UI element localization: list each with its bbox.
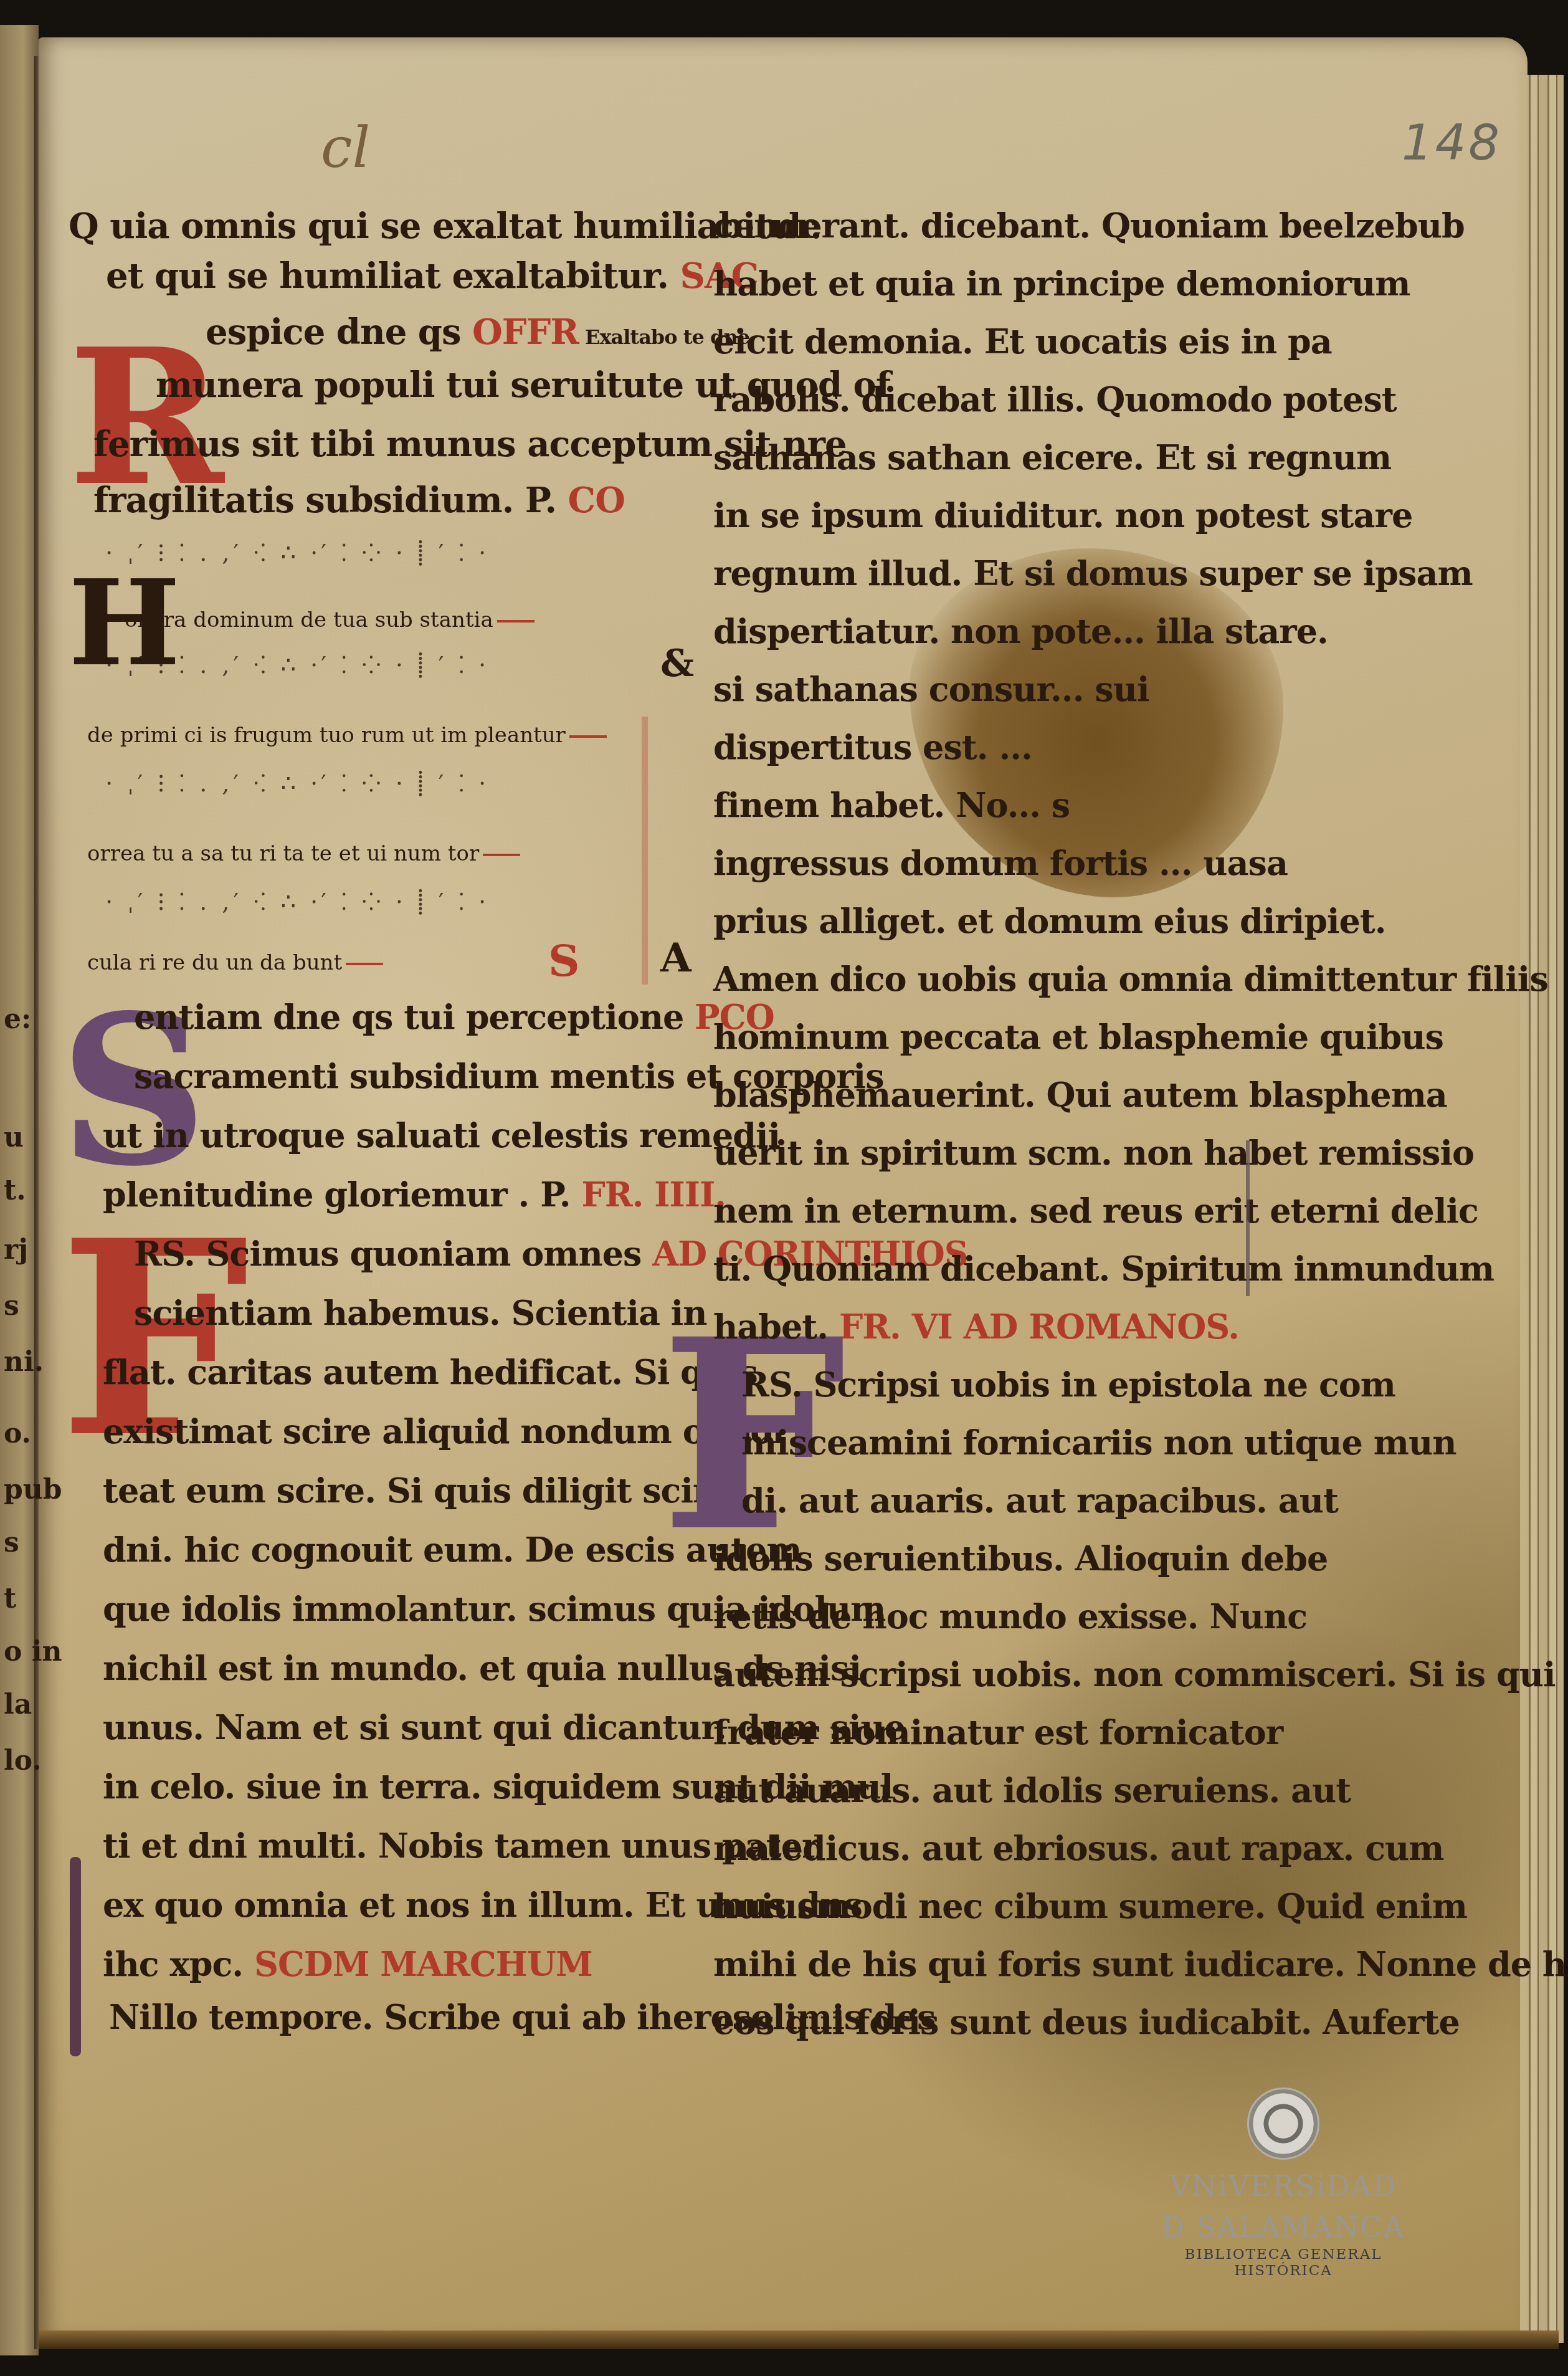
marginal-rule — [1246, 1140, 1250, 1296]
text-line: blasphemauerint. Qui autem blasphema — [713, 1075, 1447, 1115]
chant-syllables: cula ri re du un da bunt — [87, 950, 342, 975]
chant-text-line: de primi ci is frugum tuo rum ut im plea… — [87, 723, 611, 748]
text-line: aut auarus. aut idolis seruiens. aut — [713, 1770, 1351, 1810]
facing-page-fragment: o. — [4, 1418, 31, 1449]
text-line: rabolis. dicebat illis. Quomodo potest — [713, 379, 1397, 419]
text-line: di. aut auaris. aut rapacibus. aut — [741, 1481, 1338, 1520]
text-line: entiam dne qs tui perceptione PCO — [134, 997, 774, 1037]
line-text: et qui se humiliat exaltabitur. — [106, 255, 668, 297]
line-text: prius alliget. et domum eius diripiet. — [713, 901, 1386, 941]
text-line: mihi de his qui foris sunt iudicare. Non… — [713, 1944, 1568, 1984]
text-line: habet. FR. VI AD ROMANOS. — [713, 1307, 1239, 1347]
chant-text-line: cula ri re du un da bunt — [87, 950, 387, 975]
chant-end-rubric: S — [548, 935, 579, 986]
facing-page-fragment: t. — [4, 1175, 26, 1206]
line-text: aut auarus. aut idolis seruiens. aut — [713, 1770, 1351, 1810]
line-text: Q uia omnis qui se exaltat humiliabitur. — [69, 206, 822, 247]
text-line: frater nominatur est fornicator — [713, 1712, 1283, 1752]
line-text: cenderant. dicebant. Quoniam beelzebub — [713, 206, 1465, 246]
neume-row: ⸱ ˌ′ ⁝ ⁚ . ,′ ⁖ ∴ ⸱′ ⁚ ⁘ ⸱ ⸽ ′ ⁚ ⸱ — [106, 536, 489, 568]
line-text: RS. Scripsi uobis in epistola ne com — [741, 1365, 1395, 1405]
line-text: idolis seruientibus. Alioquin debe — [713, 1539, 1328, 1578]
text-line: autem scripsi uobis. non commisceri. Si … — [713, 1654, 1556, 1694]
line-text: scientiam habemus. Scientia in — [134, 1293, 707, 1333]
text-line: uerit in spiritum scm. non habet remissi… — [713, 1133, 1474, 1173]
line-text: huiusmodi nec cibum sumere. Quid enim — [713, 1886, 1467, 1926]
text-line: eicit demonia. Et uocatis eis in pa — [713, 322, 1332, 361]
line-text: hominum peccata et blasphemie quibus — [713, 1017, 1443, 1057]
neume-row: ⸱ ˌ′ ⁝ ⁚ . ,′ ⁖ ∴ ⸱′ ⁚ ⁘ ⸱ ⸽ ′ ⁚ ⸱ — [106, 766, 489, 799]
facing-page-fragment: e: — [4, 1003, 31, 1035]
page-edges-stack — [1520, 75, 1564, 2343]
chant-text-line: orrea tu a sa tu ri ta te et ui num tor — [87, 841, 524, 866]
initial-stroke-purple — [70, 1857, 81, 2056]
text-line: prius alliget. et domum eius diripiet. — [713, 901, 1386, 941]
line-text: habet. — [713, 1307, 828, 1347]
chant-syllables: de primi ci is frugum tuo rum ut im plea… — [87, 723, 566, 748]
melisma-line — [346, 963, 383, 965]
line-text: dispertiatur. non pote... illa stare. — [713, 611, 1328, 651]
line-text: misceamini fornicariis non utique mun — [741, 1423, 1456, 1462]
library-name: BIBLIOTECA GENERAL HISTÓRICA — [1146, 2246, 1420, 2279]
neume-row: ⸱ ˌ′ ⁝ ⁚ . ,′ ⁖ ∴ ⸱′ ⁚ ⁘ ⸱ ⸽ ′ ⁚ ⸱ — [106, 885, 489, 917]
melisma-line — [569, 735, 607, 738]
text-line: espice dne qs OFFR Exaltabo te dne — [206, 312, 749, 353]
rubric: OFFR — [461, 312, 579, 353]
line-text: RS. Scimus quoniam omnes — [134, 1234, 641, 1274]
text-line: teat eum scire. Si quis diligit scire — [103, 1471, 731, 1510]
text-line: idolis seruientibus. Alioquin debe — [713, 1539, 1328, 1578]
university-name-line1: VNiVERSiDAD — [1146, 2171, 1420, 2201]
rubric: FR. IIII. — [571, 1175, 726, 1214]
line-text: fragilitatis subsidium. P. — [93, 480, 556, 521]
facing-page-fragment: t — [4, 1583, 16, 1615]
line-text: flat. caritas autem hedificat. Si quis — [103, 1352, 758, 1392]
line-text: sathanas sathan eicere. Et si regnum — [713, 437, 1391, 477]
facing-page-fragment: o in — [4, 1636, 62, 1667]
neume-row: ⸱ ˌ′ ⁝ ⁚ . ,′ ⁖ ∴ ⸱′ ⁚ ⁘ ⸱ ⸽ ′ ⁚ ⸱ — [106, 648, 489, 680]
line-text: finem habet. No... s — [713, 785, 1070, 825]
folio-number: 148 — [1402, 115, 1502, 171]
text-line: et qui se humiliat exaltabitur. SAC — [106, 255, 758, 297]
red-ruling — [642, 717, 648, 985]
line-text: si sathanas consur... sui — [713, 669, 1149, 709]
line-text: nem in eternum. sed reus erit eterni del… — [713, 1191, 1478, 1231]
text-line: sathanas sathan eicere. Et si regnum — [713, 437, 1391, 477]
line-text: eos qui foris sunt deus iudicabit. Aufer… — [713, 2002, 1460, 2042]
rubric: CO — [556, 480, 625, 521]
text-line: Amen dico uobis quia omnia dimittentur f… — [713, 959, 1548, 999]
line-text: ti. Quoniam dicebant. Spiritum inmundum — [713, 1249, 1494, 1289]
text-line: ti et dni multi. Nobis tamen unus pater — [103, 1826, 819, 1866]
line-text: espice dne qs — [206, 312, 461, 353]
text-line: dispertiatur. non pote... illa stare. — [713, 611, 1328, 651]
text-line: Q uia omnis qui se exaltat humiliabitur. — [69, 206, 822, 247]
chant-text-line: onora dominum de tua sub stantia — [125, 608, 538, 632]
text-line: nem in eternum. sed reus erit eterni del… — [713, 1191, 1478, 1231]
text-line: ingressus domum fortis ... uasa — [713, 843, 1288, 883]
chant-syllables: orrea tu a sa tu ri ta te et ui num tor — [87, 841, 479, 866]
university-name-line2: Ð SALAMANCA — [1146, 2212, 1420, 2242]
line-text: frater nominatur est fornicator — [713, 1712, 1283, 1752]
text-line: scientiam habemus. Scientia in — [134, 1293, 707, 1333]
text-line: in se ipsum diuiditur. non potest stare — [713, 495, 1412, 535]
line-text: habet et quia in principe demoniorum — [713, 264, 1410, 303]
line-text: in se ipsum diuiditur. non potest stare — [713, 495, 1412, 535]
line-text: teat eum scire. Si quis diligit scire — [103, 1471, 731, 1510]
text-line: RS. Scripsi uobis in epistola ne com — [741, 1365, 1395, 1405]
line-text: retis de hoc mundo exisse. Nunc — [713, 1596, 1307, 1636]
facing-page-fragment: s — [4, 1290, 19, 1322]
line-text: ti et dni multi. Nobis tamen unus pater — [103, 1826, 819, 1866]
marginal-letter: A — [660, 935, 691, 981]
text-line: flat. caritas autem hedificat. Si quis — [103, 1352, 758, 1392]
line-text: plenitudine gloriemur . P. — [103, 1175, 571, 1214]
text-line: dispertitus est. ... — [713, 727, 1032, 767]
facing-page-fragment: s — [4, 1527, 19, 1558]
line-text: maledicus. aut ebriosus. aut rapax. cum — [713, 1828, 1443, 1868]
rubric: FR. VI AD ROMANOS. — [828, 1307, 1239, 1347]
text-line: retis de hoc mundo exisse. Nunc — [713, 1596, 1307, 1636]
text-line: maledicus. aut ebriosus. aut rapax. cum — [713, 1828, 1443, 1868]
university-seal-icon — [1247, 2087, 1319, 2160]
text-line: eos qui foris sunt deus iudicabit. Aufer… — [713, 2002, 1460, 2042]
line-text: entiam dne qs tui perceptione — [134, 997, 683, 1037]
text-line: hominum peccata et blasphemie quibus — [713, 1017, 1443, 1057]
chant-syllables: onora dominum de tua sub stantia — [125, 608, 493, 632]
library-watermark: VNiVERSiDAD Ð SALAMANCA BIBLIOTECA GENER… — [1146, 2087, 1420, 2279]
line-text: di. aut auaris. aut rapacibus. aut — [741, 1481, 1338, 1520]
line-text: uerit in spiritum scm. non habet remissi… — [713, 1133, 1474, 1173]
text-line: cenderant. dicebant. Quoniam beelzebub — [713, 206, 1465, 246]
facing-page-fragment: la — [4, 1689, 32, 1720]
line-text: mihi de his qui foris sunt iudicare. Non… — [713, 1944, 1568, 1984]
text-line: ut in utroque saluati celestis remedii — [103, 1115, 780, 1155]
quire-mark: cl — [321, 115, 370, 181]
line-text: eicit demonia. Et uocatis eis in pa — [713, 322, 1332, 361]
melisma-line — [497, 620, 535, 623]
facing-page-fragment: rj — [4, 1234, 28, 1266]
text-line: huiusmodi nec cibum sumere. Quid enim — [713, 1886, 1467, 1926]
melisma-line — [483, 854, 520, 856]
line-text: ihc xpc. — [103, 1944, 243, 1984]
facing-page-fragment: ni. — [4, 1346, 44, 1378]
text-line: si sathanas consur... sui — [713, 669, 1149, 709]
line-text: rabolis. dicebat illis. Quomodo potest — [713, 379, 1397, 419]
text-line: ihc xpc. SCDM MARCHUM — [103, 1944, 592, 1984]
line-text: ut in utroque saluati celestis remedii — [103, 1115, 780, 1155]
text-line: habet et quia in principe demoniorum — [713, 264, 1410, 303]
facing-page-fragment: u — [4, 1122, 24, 1153]
marginal-et-sign: & — [660, 642, 693, 685]
line-text: Amen dico uobis quia omnia dimittentur f… — [713, 959, 1548, 999]
text-line: misceamini fornicariis non utique mun — [741, 1423, 1456, 1462]
text-line: regnum illud. Et si domus super se ipsam — [713, 553, 1473, 593]
line-text: regnum illud. Et si domus super se ipsam — [713, 553, 1473, 593]
facing-page-fragment: lo. — [4, 1745, 42, 1777]
line-text: blasphemauerint. Qui autem blasphema — [713, 1075, 1447, 1115]
text-line: plenitudine gloriemur . P. FR. IIII. — [103, 1175, 726, 1214]
text-line: finem habet. No... s — [713, 785, 1070, 825]
line-text: autem scripsi uobis. non commisceri. Si … — [713, 1654, 1556, 1694]
text-line: fragilitatis subsidium. P. CO — [93, 480, 625, 521]
line-text: ingressus domum fortis ... uasa — [713, 843, 1288, 883]
rubric: SCDM MARCHUM — [243, 1944, 592, 1984]
text-line: ti. Quoniam dicebant. Spiritum inmundum — [713, 1249, 1494, 1289]
facing-page-fragment: pub — [4, 1474, 62, 1505]
line-text: dispertitus est. ... — [713, 727, 1032, 767]
bottom-page-edge — [39, 2331, 1559, 2349]
